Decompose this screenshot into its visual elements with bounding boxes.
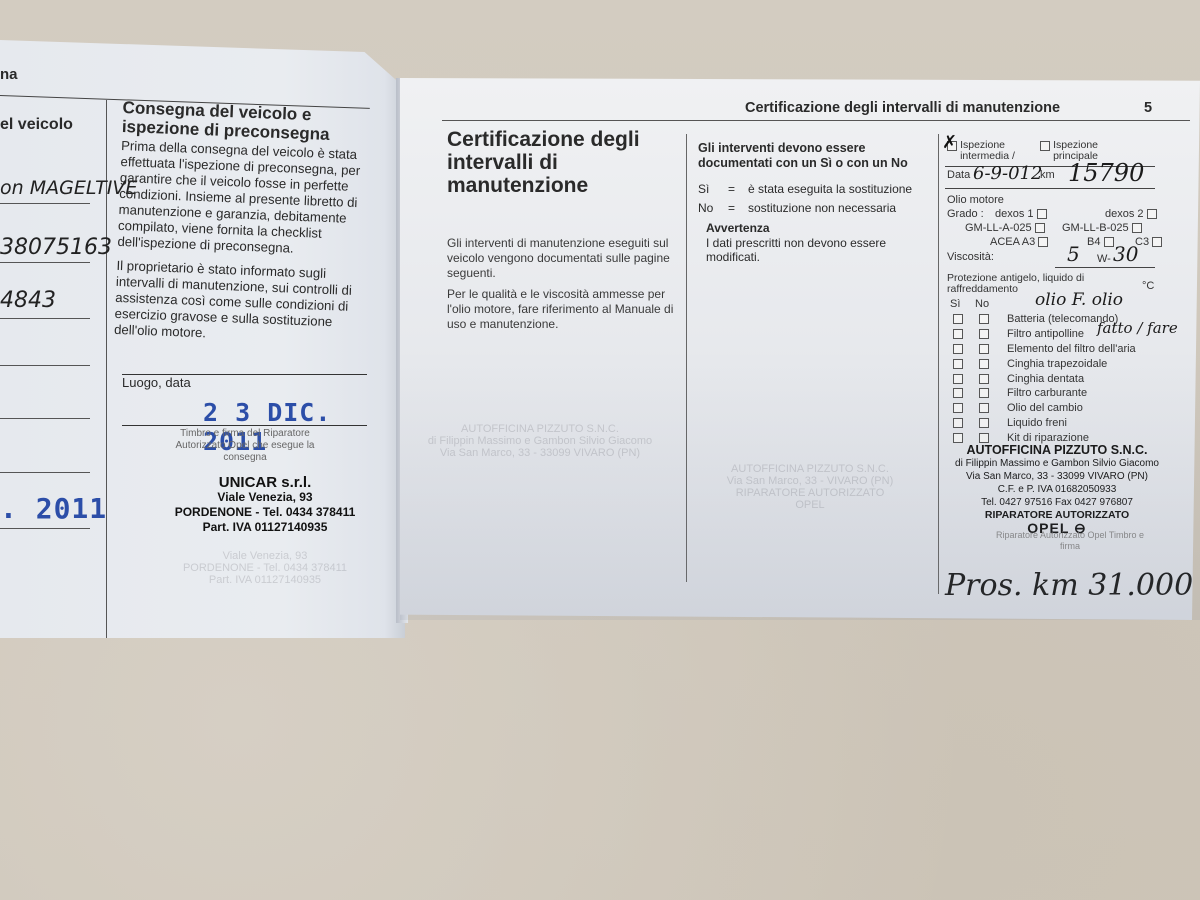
checklist-item-label: Kit di riparazione bbox=[1007, 432, 1089, 444]
legend-key: No bbox=[698, 201, 728, 216]
stamp-caption: Timbro e firma del Riparatore Autorizzat… bbox=[160, 428, 330, 464]
yes-checkbox[interactable] bbox=[953, 374, 963, 384]
instructions-heading: Gli interventi devono essere documentati… bbox=[698, 141, 928, 170]
antifreeze-handwritten[interactable]: olio F. olio bbox=[1035, 290, 1123, 310]
ghost-stamp: Viale Venezia, 93PORDENONE - Tel. 0434 3… bbox=[150, 550, 380, 586]
checklist-item-label: Cinghia dentata bbox=[1007, 373, 1084, 385]
viscosity-separator: W- bbox=[1097, 253, 1111, 265]
date-value[interactable]: 6-9-012 bbox=[973, 163, 1042, 184]
grade-option-label: dexos 1 bbox=[995, 208, 1034, 220]
left-page-header: na bbox=[0, 66, 18, 83]
checklist-item: Cinghia trapezoidale bbox=[953, 356, 1136, 371]
grade-checkbox[interactable] bbox=[1152, 237, 1162, 247]
checklist-item-label: Filtro carburante bbox=[1007, 387, 1087, 399]
grade-option[interactable]: C3 bbox=[1135, 236, 1162, 248]
intro-paragraph-2: Per le qualità e le viscosità ammesse pe… bbox=[447, 287, 677, 332]
left-page: na el veicolo on MAGELTIVE 38075163 4843… bbox=[0, 40, 405, 638]
no-checkbox[interactable] bbox=[979, 344, 989, 354]
viscosity-value-1[interactable]: 5 bbox=[1067, 242, 1080, 266]
legend-value: sostituzione non necessaria bbox=[748, 201, 928, 216]
form-line bbox=[0, 262, 90, 263]
grade-option-label: dexos 2 bbox=[1105, 208, 1144, 220]
yes-checkbox[interactable] bbox=[953, 433, 963, 443]
oil-label: Olio motore bbox=[947, 194, 1004, 206]
grade-option-label: GM-LL-B-025 bbox=[1062, 222, 1129, 234]
grade-option[interactable]: dexos 1 bbox=[995, 208, 1047, 220]
inspection-main-checkbox[interactable] bbox=[1040, 141, 1050, 151]
workshop-address: Via San Marco, 33 - 33099 VIVARO (PN) bbox=[937, 470, 1177, 483]
viscosity-value-2[interactable]: 30 bbox=[1113, 242, 1138, 266]
right-page: Certificazione degli intervalli di manut… bbox=[400, 78, 1200, 620]
stamped-date-fragment: . 2011 bbox=[0, 492, 107, 525]
workshop-name: AUTOFFICINA PIZZUTO S.N.C. bbox=[937, 444, 1177, 457]
form-line bbox=[0, 472, 90, 473]
yes-checkbox[interactable] bbox=[953, 344, 963, 354]
grade-checkbox[interactable] bbox=[1038, 237, 1048, 247]
yes-checkbox[interactable] bbox=[953, 359, 963, 369]
grade-checkbox[interactable] bbox=[1035, 223, 1045, 233]
handwritten-number-1: 38075163 bbox=[0, 235, 112, 260]
form-line bbox=[0, 418, 90, 419]
no-column-label: No bbox=[975, 298, 989, 310]
grade-checkbox[interactable] bbox=[1132, 223, 1142, 233]
checklist-item: Filtro carburante bbox=[953, 386, 1136, 401]
no-checkbox[interactable] bbox=[979, 359, 989, 369]
km-value[interactable]: 15790 bbox=[1068, 159, 1144, 187]
column1-title: el veicolo bbox=[0, 116, 73, 134]
checklist-item-label: Filtro antipolline bbox=[1007, 328, 1084, 340]
checklist-item: Elemento del filtro dell'aria bbox=[953, 342, 1136, 357]
form-line bbox=[0, 203, 90, 204]
intro-paragraph-1: Gli interventi di manutenzione eseguiti … bbox=[447, 236, 677, 281]
dealer-city-phone: PORDENONE - Tel. 0434 378411 bbox=[150, 505, 380, 520]
antifreeze-unit: °C bbox=[1142, 280, 1154, 292]
grade-option[interactable]: GM-LL-A-025 bbox=[965, 222, 1045, 234]
no-checkbox[interactable] bbox=[979, 433, 989, 443]
ghost-stamp: AUTOFFICINA PIZZUTO S.N.C.di Filippin Ma… bbox=[410, 423, 670, 459]
form-rule bbox=[1055, 267, 1155, 268]
grade-option-label: ACEA A3 bbox=[990, 236, 1035, 248]
ghost-stamp: AUTOFFICINA PIZZUTO S.N.C.Via San Marco,… bbox=[690, 463, 930, 511]
next-service-note: Pros. km 31.000 bbox=[945, 568, 1193, 603]
checklist-item-label: Olio del cambio bbox=[1007, 402, 1083, 414]
workshop-stamp: AUTOFFICINA PIZZUTO S.N.C. di Filippin M… bbox=[937, 444, 1177, 535]
form-rule bbox=[945, 188, 1155, 189]
form-line bbox=[0, 318, 90, 319]
running-title: Certificazione degli intervalli di manut… bbox=[745, 100, 1060, 116]
grade-checkbox[interactable] bbox=[1037, 209, 1047, 219]
dealer-vat: Part. IVA 01127140935 bbox=[150, 520, 380, 535]
no-checkbox[interactable] bbox=[979, 403, 989, 413]
dealer-name: UNICAR s.r.l. bbox=[150, 475, 380, 490]
legend-value: è stata eseguita la sostituzione bbox=[748, 182, 928, 197]
legend-key: Sì bbox=[698, 182, 728, 197]
yes-checkbox[interactable] bbox=[953, 418, 963, 428]
workshop-phone: Tel. 0427 97516 Fax 0427 976807 bbox=[937, 496, 1177, 509]
page-number: 5 bbox=[1144, 100, 1152, 116]
dealer-stamp: UNICAR s.r.l. Viale Venezia, 93 PORDENON… bbox=[150, 475, 380, 535]
intro-text: Gli interventi di manutenzione eseguiti … bbox=[447, 236, 677, 338]
dealer-address: Viale Venezia, 93 bbox=[150, 490, 380, 505]
grade-option-label: B4 bbox=[1087, 236, 1100, 248]
no-checkbox[interactable] bbox=[979, 374, 989, 384]
delivery-paragraph-2: Il proprietario è stato informato sugli … bbox=[114, 258, 367, 348]
grade-option[interactable]: dexos 2 bbox=[1105, 208, 1157, 220]
form-line bbox=[0, 528, 90, 529]
legend-eq: = bbox=[728, 182, 748, 197]
grade-label: Grado : bbox=[947, 208, 984, 220]
instructions: Gli interventi devono essere documentati… bbox=[698, 141, 928, 265]
yes-checkbox[interactable] bbox=[953, 388, 963, 398]
yes-checkbox[interactable] bbox=[953, 314, 963, 324]
legend-eq: = bbox=[728, 201, 748, 216]
handwritten-check-icon: ✗ bbox=[942, 132, 957, 153]
no-checkbox[interactable] bbox=[979, 329, 989, 339]
warning-text: I dati prescritti non devono essere modi… bbox=[706, 236, 928, 265]
grade-option[interactable]: GM-LL-B-025 bbox=[1062, 222, 1142, 234]
warning-title: Avvertenza bbox=[706, 221, 928, 236]
yes-checkbox[interactable] bbox=[953, 329, 963, 339]
date-label: Data bbox=[947, 169, 970, 181]
no-checkbox[interactable] bbox=[979, 388, 989, 398]
workshop-vat: C.F. e P. IVA 01682050933 bbox=[937, 483, 1177, 496]
grade-option[interactable]: B4 bbox=[1087, 236, 1114, 248]
column-divider bbox=[686, 134, 687, 582]
delivery-paragraph-1: Prima della consegna del veicolo è stata… bbox=[117, 138, 371, 260]
legend-row-yes: Sì = è stata eseguita la sostituzione bbox=[698, 182, 928, 197]
checklist-item-label: Elemento del filtro dell'aria bbox=[1007, 343, 1136, 355]
km-label: km bbox=[1040, 169, 1055, 181]
stamp-caption: Riparatore Autorizzato Opel Timbro e fir… bbox=[990, 530, 1150, 552]
yes-column-label: Sì bbox=[950, 298, 960, 310]
grade-option[interactable]: ACEA A3 bbox=[990, 236, 1048, 248]
section-title: Certificazione degli intervalli di manut… bbox=[447, 128, 687, 197]
pollen-filter-note: fatto / fare bbox=[1097, 319, 1178, 337]
workshop-owners: di Filippin Massimo e Gambon Silvio Giac… bbox=[937, 457, 1177, 470]
grade-option-label: GM-LL-A-025 bbox=[965, 222, 1032, 234]
header-rule bbox=[442, 120, 1190, 121]
place-date-label: Luogo, data bbox=[122, 375, 191, 390]
checklist-item: Cinghia dentata bbox=[953, 371, 1136, 386]
inspection-intermediate-checkbox[interactable]: ✗ bbox=[947, 141, 957, 151]
yes-checkbox[interactable] bbox=[953, 403, 963, 413]
checklist-item-label: Cinghia trapezoidale bbox=[1007, 358, 1107, 370]
form-line bbox=[0, 365, 90, 366]
signature-rule bbox=[122, 425, 367, 426]
delivery-section: Consegna del veicolo e ispezione di prec… bbox=[113, 98, 372, 355]
checklist-item: Olio del cambio bbox=[953, 401, 1136, 416]
handwritten-model: on MAGELTIVE bbox=[0, 177, 137, 199]
grade-checkbox[interactable] bbox=[1147, 209, 1157, 219]
checklist-item: Liquido freni bbox=[953, 416, 1136, 431]
no-checkbox[interactable] bbox=[979, 418, 989, 428]
viscosity-label: Viscosità: bbox=[947, 251, 994, 263]
no-checkbox[interactable] bbox=[979, 314, 989, 324]
legend-row-no: No = sostituzione non necessaria bbox=[698, 201, 928, 216]
checklist-item-label: Liquido freni bbox=[1007, 417, 1067, 429]
handwritten-number-2: 4843 bbox=[0, 288, 56, 313]
inspection-intermediate-label: Ispezione intermedia / bbox=[960, 140, 1030, 162]
